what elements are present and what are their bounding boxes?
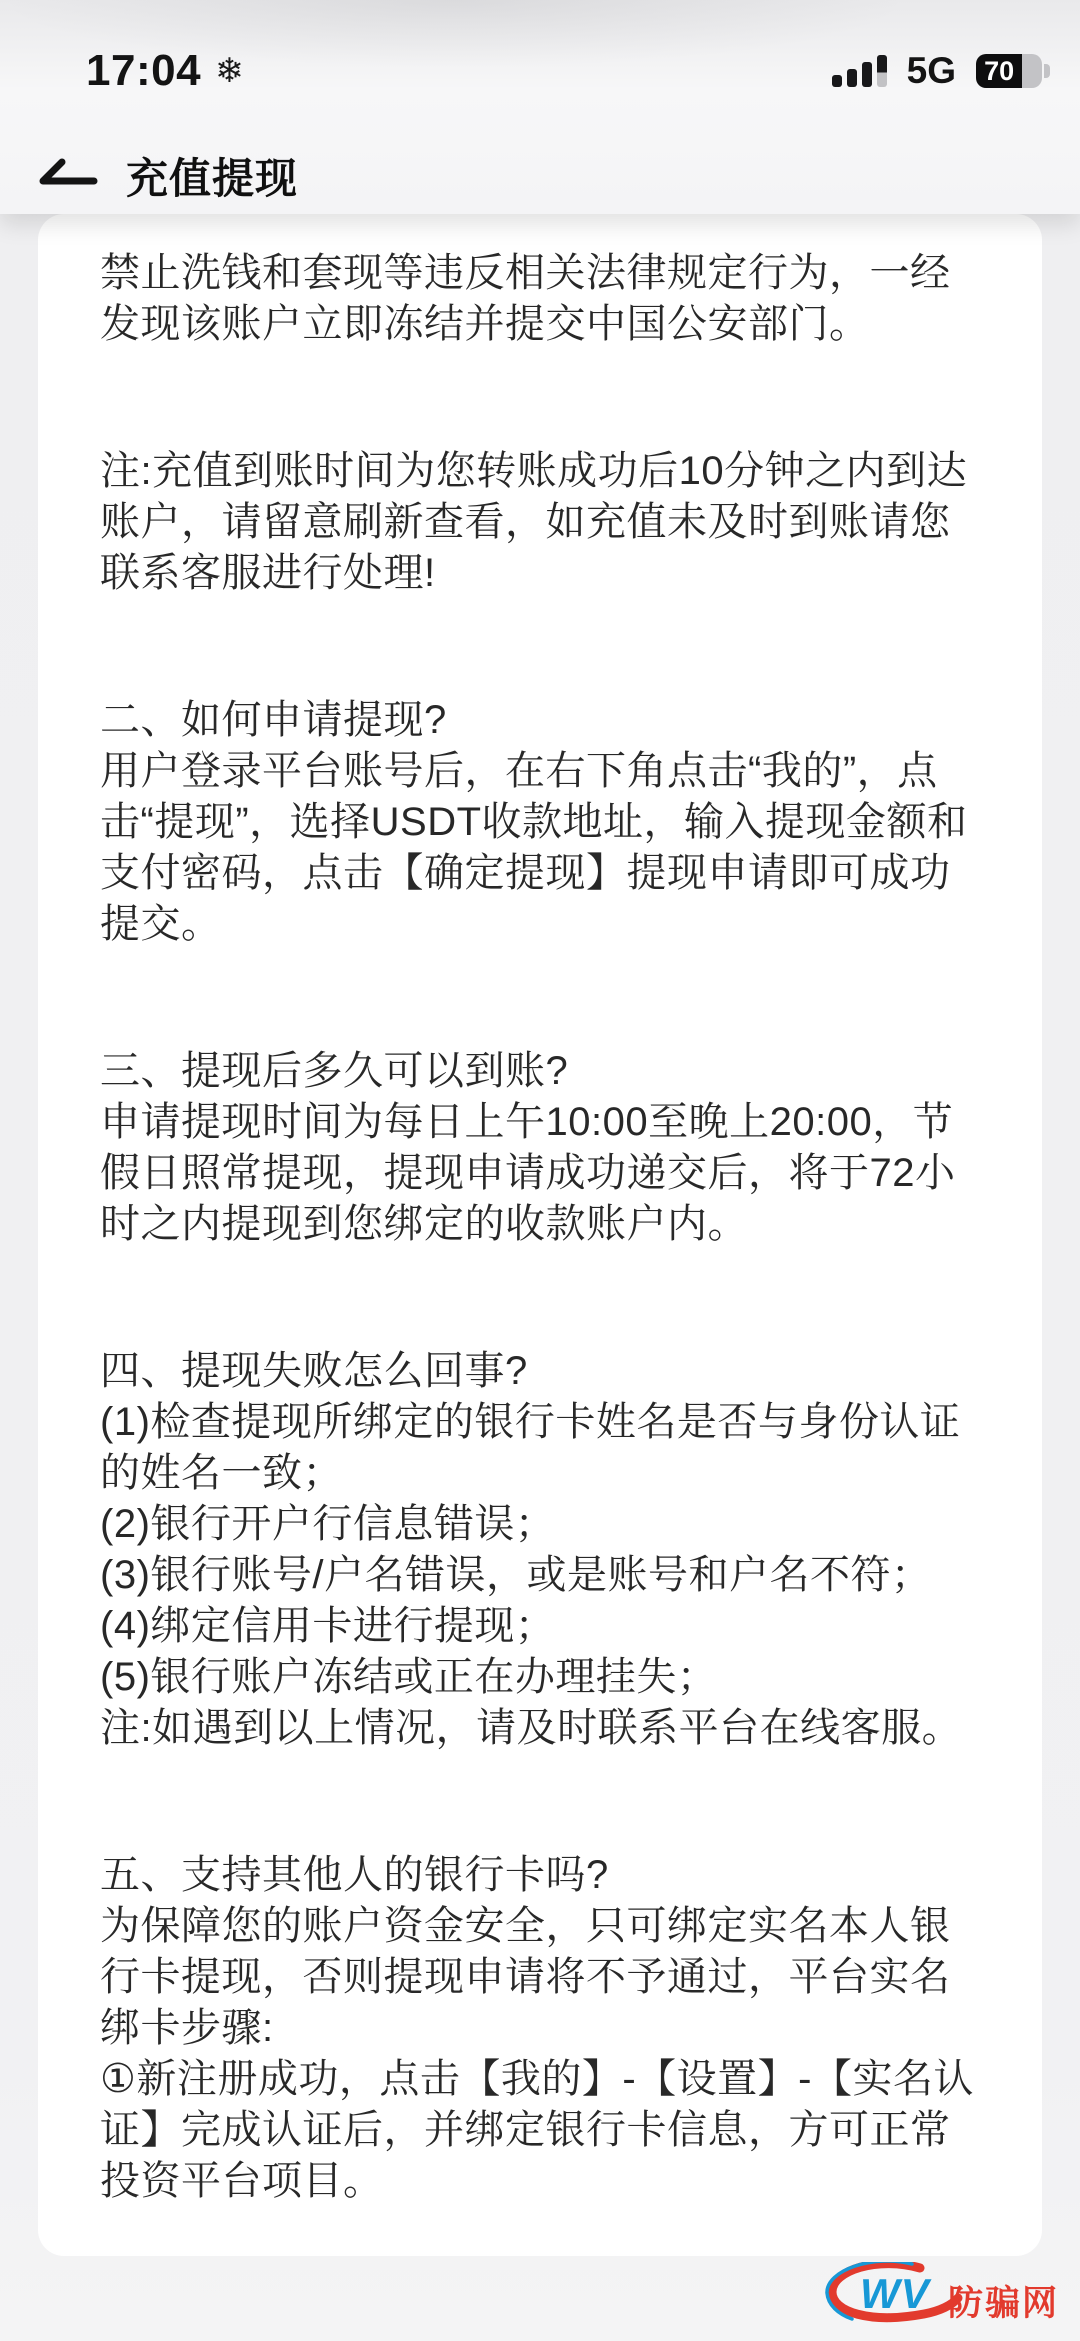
text-line: (1)检查提现所绑定的银行卡姓名是否与身份认证的姓名一致；	[100, 1397, 982, 1499]
text-line: 五、支持其他人的银行卡吗?	[100, 1850, 982, 1901]
network-type-label: 5G	[907, 50, 956, 92]
text-line: (5)银行账户冻结或正在办理挂失；	[100, 1652, 982, 1703]
snowflake-icon: ❄	[215, 51, 244, 91]
cellular-signal-icon	[832, 55, 887, 87]
paragraph: 禁止洗钱和套现等违反相关法律规定行为，一经发现该账户立即冻结并提交中国公安部门。	[100, 248, 982, 350]
status-left: 17:04 ❄	[86, 46, 244, 96]
status-right: 5G 70	[832, 50, 1050, 92]
watermark-cn-text: 防骗网	[948, 2276, 1059, 2326]
text-line: (2)银行开户行信息错误；	[100, 1499, 982, 1550]
text-line: 申请提现时间为每日上午10:00至晚上20:00，节假日照常提现，提现申请成功递…	[100, 1097, 982, 1250]
paragraph: 四、提现失败怎么回事?(1)检查提现所绑定的银行卡姓名是否与身份认证的姓名一致；…	[100, 1346, 982, 1754]
text-line: 四、提现失败怎么回事?	[100, 1346, 982, 1397]
back-button[interactable]	[34, 152, 114, 200]
text-line: ①新注册成功，点击【我的】-【设置】-【实名认证】完成认证后，并绑定银行卡信息，…	[100, 2054, 982, 2207]
screen: 17:04 ❄ 5G 70 充值提现	[0, 0, 1080, 2341]
text-line: 二、如何申请提现?	[100, 695, 982, 746]
text-line: 用户登录平台账号后，在右下角点击“我的”，点击“提现”，选择USDT收款地址，输…	[100, 746, 982, 950]
paragraph: 五、支持其他人的银行卡吗?为保障您的账户资金安全，只可绑定实名本人银行卡提现，否…	[100, 1850, 982, 2207]
status-bar: 17:04 ❄ 5G 70	[0, 0, 1080, 112]
watermark-latin-text: WV	[860, 2270, 930, 2318]
paragraph: 注:充值到账时间为您转账成功后10分钟之内到达账户，请留意刷新查看，如充值未及时…	[100, 446, 982, 599]
text-line: (4)绑定信用卡进行提现；	[100, 1601, 982, 1652]
back-arrow-icon	[34, 155, 100, 197]
text-line: 注:如遇到以上情况，请及时联系平台在线客服。	[100, 1703, 982, 1754]
text-line: (3)银行账号/户名错误，或是账号和户名不符；	[100, 1550, 982, 1601]
battery-body: 70	[976, 54, 1042, 88]
nav-bar: 充值提现	[0, 112, 1080, 214]
battery-percent: 70	[976, 54, 1022, 88]
content-paragraphs: 禁止洗钱和套现等违反相关法律规定行为，一经发现该账户立即冻结并提交中国公安部门。…	[100, 248, 982, 2207]
text-line: 注:充值到账时间为您转账成功后10分钟之内到达账户，请留意刷新查看，如充值未及时…	[100, 446, 982, 599]
paragraph: 二、如何申请提现?用户登录平台账号后，在右下角点击“我的”，点击“提现”，选择U…	[100, 695, 982, 950]
paragraph: 三、提现后多久可以到账?申请提现时间为每日上午10:00至晚上20:00，节假日…	[100, 1046, 982, 1250]
text-line: 为保障您的账户资金安全，只可绑定实名本人银行卡提现，否则提现申请将不予通过，平台…	[100, 1901, 982, 2054]
battery-nub	[1044, 64, 1050, 78]
content-card[interactable]: 禁止洗钱和套现等违反相关法律规定行为，一经发现该账户立即冻结并提交中国公安部门。…	[38, 214, 1042, 2256]
text-line: 禁止洗钱和套现等违反相关法律规定行为，一经发现该账户立即冻结并提交中国公安部门。	[100, 248, 982, 350]
text-line: 三、提现后多久可以到账?	[100, 1046, 982, 1097]
header: 17:04 ❄ 5G 70 充值提现	[0, 0, 1080, 214]
status-time: 17:04	[86, 46, 201, 96]
fangpianwang-watermark: WV 防骗网	[824, 2262, 1074, 2328]
battery-icon: 70	[976, 54, 1050, 88]
page-title: 充值提现	[126, 146, 298, 206]
